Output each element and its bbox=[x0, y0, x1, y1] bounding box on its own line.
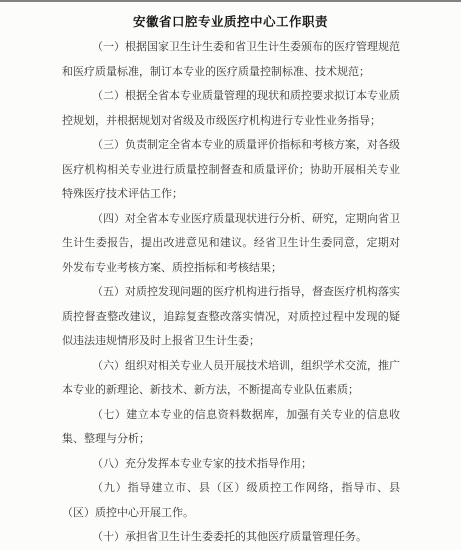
clause-7: （七）建立本专业的信息资料数据库，加强有关专业的信息收集、整理与分析； bbox=[62, 403, 400, 452]
document-body: （一）根据国家卫生计生委和省卫生计生委颁布的医疗管理规范和医疗质量标准，制订本专… bbox=[62, 35, 400, 550]
clause-6: （六）组织对相关专业人员开展技术培训，组织学术交流，推广本专业的新理论、新技术、… bbox=[62, 354, 400, 403]
clause-2: （二）根据全省本专业质量管理的现状和质控要求拟订本专业质控规划，并根据规划对省级… bbox=[62, 84, 400, 133]
clause-9: （九）指导建立市、县（区）级质控工作网络，指导市、县（区）质控中心开展工作。 bbox=[62, 476, 400, 525]
clause-5: （五）对质控发现问题的医疗机构进行指导，督查医疗机构落实质控督查整改建议，追踪复… bbox=[62, 280, 400, 354]
clause-1: （一）根据国家卫生计生委和省卫生计生委颁布的医疗管理规范和医疗质量标准，制订本专… bbox=[62, 35, 400, 84]
scan-top-edge-line bbox=[0, 0, 461, 2]
clause-4: （四）对全省本专业医疗质量现状进行分析、研究，定期向省卫生计生委报告，提出改进意… bbox=[62, 207, 400, 281]
document-title: 安徽省口腔专业质控中心工作职责 bbox=[0, 0, 461, 31]
clause-10: （十）承担省卫生计生委委托的其他医疗质量管理任务。 bbox=[62, 525, 400, 550]
clause-8: （八）充分发挥本专业专家的技术指导作用； bbox=[62, 452, 400, 477]
document-page: 安徽省口腔专业质控中心工作职责 （一）根据国家卫生计生委和省卫生计生委颁布的医疗… bbox=[0, 0, 461, 550]
clause-3: （三）负责制定全省本专业的质量评价指标和考核方案，对各级医疗机构相关专业进行质量… bbox=[62, 133, 400, 207]
